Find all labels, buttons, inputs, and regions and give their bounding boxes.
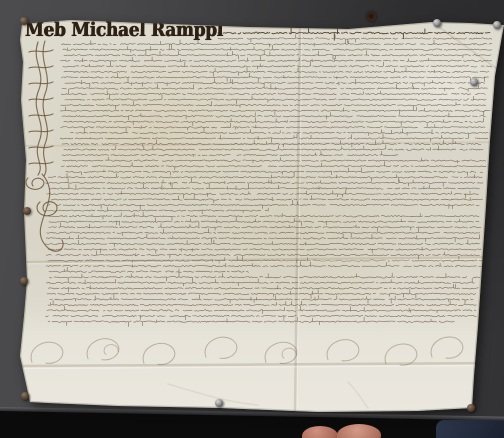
ink-stroke: [143, 343, 175, 364]
ink-stroke: [65, 95, 486, 105]
ink-stroke: [45, 240, 479, 247]
ink-stroke: [46, 315, 477, 320]
ink-stroke: [168, 384, 258, 405]
document-heading: Meb Michael Ramppl: [25, 17, 223, 44]
ink-stroke: [31, 342, 63, 363]
tack-pin: [493, 21, 501, 29]
tack-pin: [20, 17, 28, 25]
tack-pin: [215, 399, 223, 407]
tack-pin: [433, 19, 441, 27]
ink-stroke: [61, 162, 486, 170]
ink-stroke: [47, 290, 475, 299]
ink-stroke: [282, 348, 296, 358]
ink-stroke: [431, 337, 463, 358]
ink-stroke: [63, 157, 486, 163]
ink-stroke: [46, 234, 479, 243]
ink-stroke: [48, 247, 481, 253]
tack-pin: [21, 392, 29, 400]
ink-stroke: [48, 200, 479, 209]
ink-stroke: [63, 45, 492, 54]
ink-stroke: [62, 113, 486, 120]
ink-stroke: [50, 184, 482, 191]
ink-stroke: [60, 134, 488, 143]
finger: [337, 424, 381, 438]
ink-stroke: [61, 73, 488, 82]
ink-stroke: [62, 151, 398, 156]
ink-stroke: [29, 162, 53, 164]
ink-stroke: [51, 195, 483, 203]
photo-frame: Meb Michael Ramppl: [0, 0, 504, 438]
ink-stroke: [49, 267, 249, 272]
ink-stroke: [26, 178, 44, 189]
ink-stroke: [66, 168, 483, 176]
tack-pin: [20, 277, 28, 285]
denim-fabric: [436, 420, 504, 438]
ink-stroke: [50, 294, 473, 303]
tack-pin: [470, 78, 478, 86]
ink-stroke: [48, 173, 482, 182]
ink-stroke: [47, 228, 480, 237]
ink-stroke: [47, 306, 476, 314]
parchment-document: Meb Michael Ramppl: [18, 16, 504, 412]
ink-stroke: [48, 317, 456, 326]
ink-stroke: [49, 273, 480, 282]
ink-stroke: [48, 212, 479, 220]
ink-stroke: [36, 42, 41, 175]
ink-stroke: [29, 98, 53, 100]
ink-stroke: [48, 284, 478, 292]
tack-pin: [367, 12, 376, 21]
ink-stroke: [61, 90, 485, 95]
ink-stroke: [49, 217, 479, 226]
ink-stroke: [62, 84, 487, 92]
ink-stroke: [265, 342, 297, 363]
ink-stroke: [64, 68, 489, 77]
ink-stroke: [61, 123, 485, 133]
ink-stroke: [205, 337, 237, 358]
ink-stroke: [29, 114, 53, 116]
finger: [302, 426, 338, 438]
ink-stroke: [29, 66, 53, 68]
ink-stroke: [64, 118, 484, 126]
manuscript-writing: [18, 16, 504, 412]
ink-stroke: [47, 191, 479, 199]
ink-stroke: [327, 340, 359, 361]
tack-pin: [467, 404, 475, 412]
tack-pin: [23, 207, 31, 215]
ink-stroke: [104, 345, 118, 355]
ink-stroke: [60, 107, 490, 116]
ink-stroke: [87, 339, 119, 360]
ink-stroke: [64, 51, 493, 60]
ink-stroke: [48, 300, 476, 306]
ink-stroke: [70, 128, 488, 135]
ink-stroke: [46, 278, 479, 286]
ink-stroke: [63, 62, 492, 69]
parchment-wrap: Meb Michael Ramppl: [18, 16, 504, 412]
ink-stroke: [43, 41, 47, 176]
ink-stroke: [385, 344, 417, 365]
ink-stroke: [61, 101, 486, 109]
ink-stroke: [18, 142, 504, 146]
ink-stroke: [46, 207, 268, 214]
ink-stroke: [29, 50, 53, 52]
ink-stroke: [348, 382, 368, 408]
ink-stroke: [60, 56, 491, 66]
ink-stroke: [46, 178, 486, 186]
ink-stroke: [49, 223, 481, 231]
